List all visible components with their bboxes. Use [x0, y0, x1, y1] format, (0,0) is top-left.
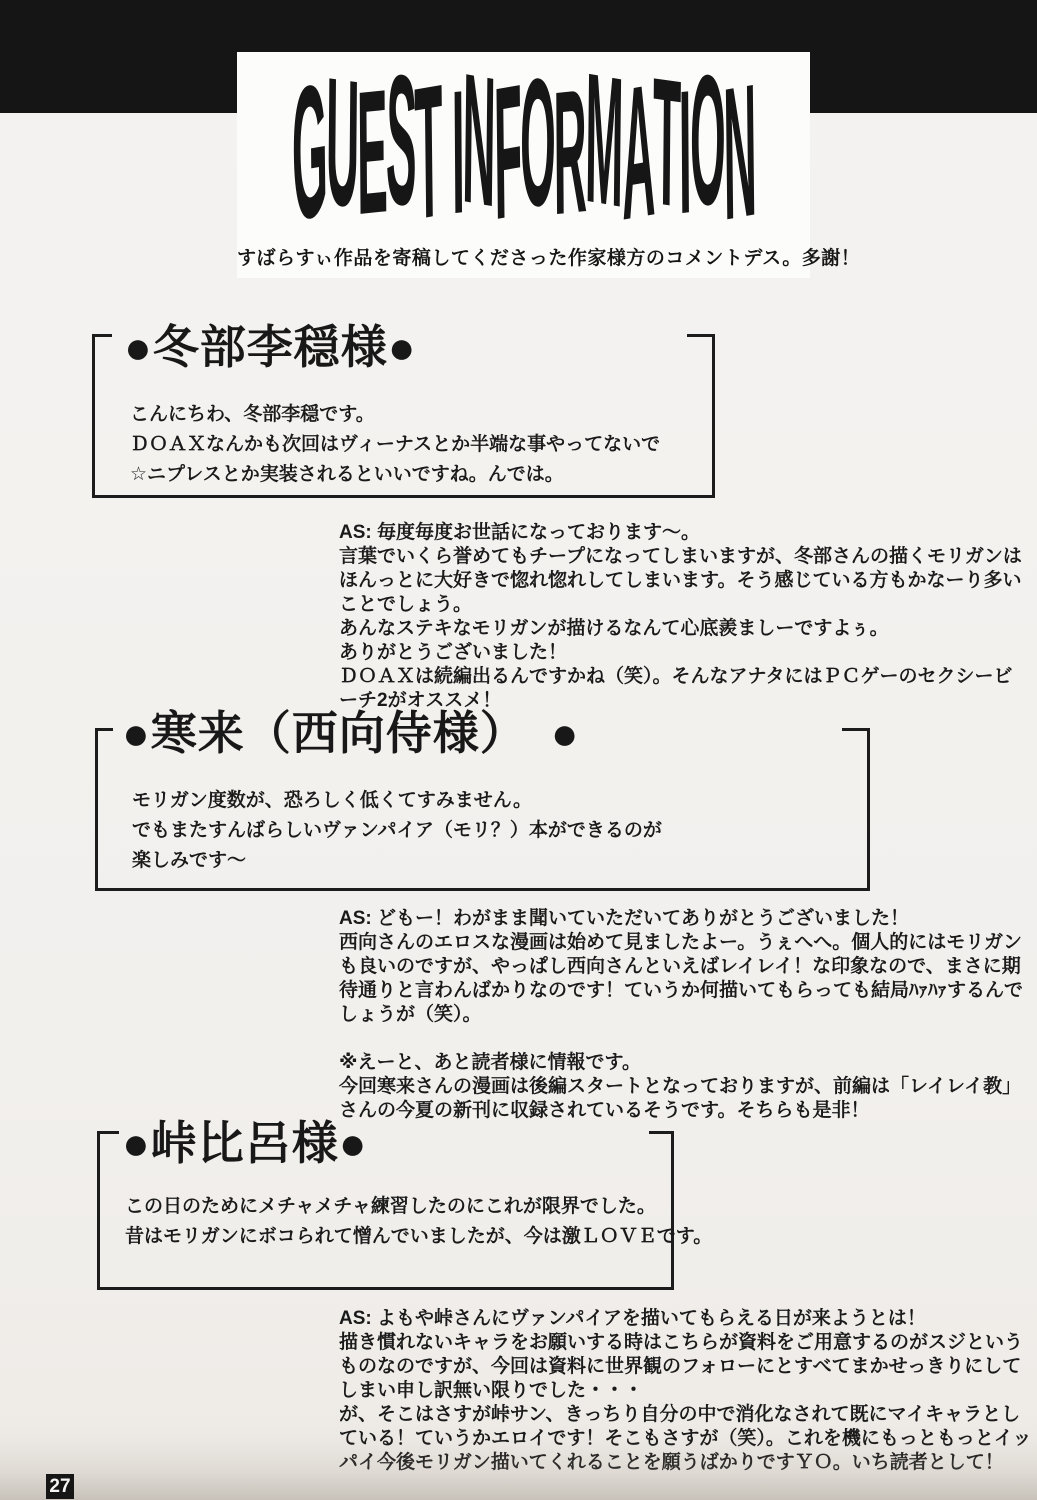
guest-name-heading: ●冬部李穏様● — [124, 324, 417, 370]
response-line: 描き慣れないキャラをお願いする時はこちらが資料をご用意するのがスジという — [339, 1331, 1029, 1355]
response-line: ※えーと、あと読者様に情報です。 — [339, 1051, 1029, 1075]
page-number: 27 — [49, 1476, 70, 1498]
response-line: 西向さんのエロスな漫画は始めて見ましたよー。うぇへへ。個人的にはモリガン — [339, 931, 1029, 955]
response-line: ことでしょう。 — [339, 593, 1029, 617]
response-line: ありがとうございました！ — [339, 641, 1029, 665]
response-line: 今回寒来さんの漫画は後編スタートとなっておりますが、前編は「レイレイ教」 — [339, 1075, 1029, 1099]
response-line: ＤＯＡＸは続編出るんですかね（笑）。そんなアナタにはＰＣゲーのセクシービ — [339, 665, 1029, 689]
guest-comment-text: こんにちわ、冬部李穏です。ＤＯＡＸなんかも次回はヴィーナスとか半端な事やってない… — [130, 400, 660, 490]
page-number-badge: 27 — [46, 1474, 74, 1499]
comment-line: モリガン度数が、恐ろしく低くてすみません。 — [132, 786, 662, 816]
comment-line: こんにちわ、冬部李穏です。 — [130, 400, 660, 430]
response-line: AS: 毎度毎度お世話になっております～。 — [339, 521, 1029, 545]
guest-name-heading: ●寒来（西向侍様） ● — [122, 710, 580, 756]
response-line: ものなのですが、今回は資料に世界観のフォローにとすべてまかせっきりにして — [339, 1355, 1029, 1379]
comment-line: 楽しみです～ — [132, 846, 662, 876]
response-line: しまい申し訳無い限りでした・・・ — [339, 1379, 1029, 1403]
guest-comment-text: この日のためにメチャメチャ練習したのにこれが限界でした。昔はモリガンにボコられて… — [125, 1192, 712, 1252]
comment-line: この日のためにメチャメチャ練習したのにこれが限界でした。 — [125, 1192, 712, 1222]
response-line: 言葉でいくら誉めてもチープになってしまいますが、冬部さんの描くモリガンは — [339, 545, 1029, 569]
guest-comment-text: モリガン度数が、恐ろしく低くてすみません。でもまたすんばらしいヴァンパイア（モリ… — [132, 786, 662, 876]
comment-line: でもまたすんばらしいヴァンパイア（モリ？）本ができるのが — [132, 816, 662, 846]
editor-response: AS: どもー！わがまま聞いていただいてありがとうございました！西向さんのエロス… — [339, 907, 1029, 1123]
page-subtitle: すばらすぃ作品を寄稿してくださった作家様方のコメントデス。多謝！ — [237, 243, 810, 270]
response-line: 待通りと言わんばかりなのです！ていうか何描いてもらっても結局ﾊｧﾊｧするんで — [339, 979, 1029, 1003]
response-line — [339, 1027, 1029, 1051]
comment-line: ＤＯＡＸなんかも次回はヴィーナスとか半端な事やってないで — [130, 430, 660, 460]
guest-name-heading: ●峠比呂様● — [122, 1120, 368, 1166]
comment-line: ☆ニプレスとか実装されるといいですね。んでは。 — [130, 460, 660, 490]
response-line: が、そこはさすが峠サン、きっちり自分の中で消化なされて既にマイキャラとし — [339, 1403, 1029, 1427]
response-line: も良いのですが、やっぱし西向さんといえばレイレイ！な印象なので、まさに期 — [339, 955, 1029, 979]
page-title: GUEST INFORMATION — [346, 0, 701, 362]
bottom-scan-shadow — [0, 1438, 1037, 1500]
response-line: ほんっとに大好きで惚れ惚れしてしまいます。そう感じている方もかなーり多い — [339, 569, 1029, 593]
title-plate: GUEST INFORMATION すばらすぃ作品を寄稿してくださった作家様方の… — [237, 52, 810, 278]
response-line: あんなステキなモリガンが描けるなんて心底羨ましーですよぅ。 — [339, 617, 1029, 641]
comment-line: 昔はモリガンにボコられて憎んでいましたが、今は激ＬＯＶＥです。 — [125, 1222, 712, 1252]
scanned-document-page: GUEST INFORMATION すばらすぃ作品を寄稿してくださった作家様方の… — [0, 0, 1037, 1500]
editor-response: AS: 毎度毎度お世話になっております～。言葉でいくら誉めてもチープになってしま… — [339, 521, 1029, 713]
response-line: しょうが（笑）。 — [339, 1003, 1029, 1027]
response-line: AS: よもや峠さんにヴァンパイアを描いてもらえる日が来ようとは！ — [339, 1307, 1029, 1331]
response-line: さんの今夏の新刊に収録されているそうです。そちらも是非！ — [339, 1099, 1029, 1123]
response-line: AS: どもー！わがまま聞いていただいてありがとうございました！ — [339, 907, 1029, 931]
